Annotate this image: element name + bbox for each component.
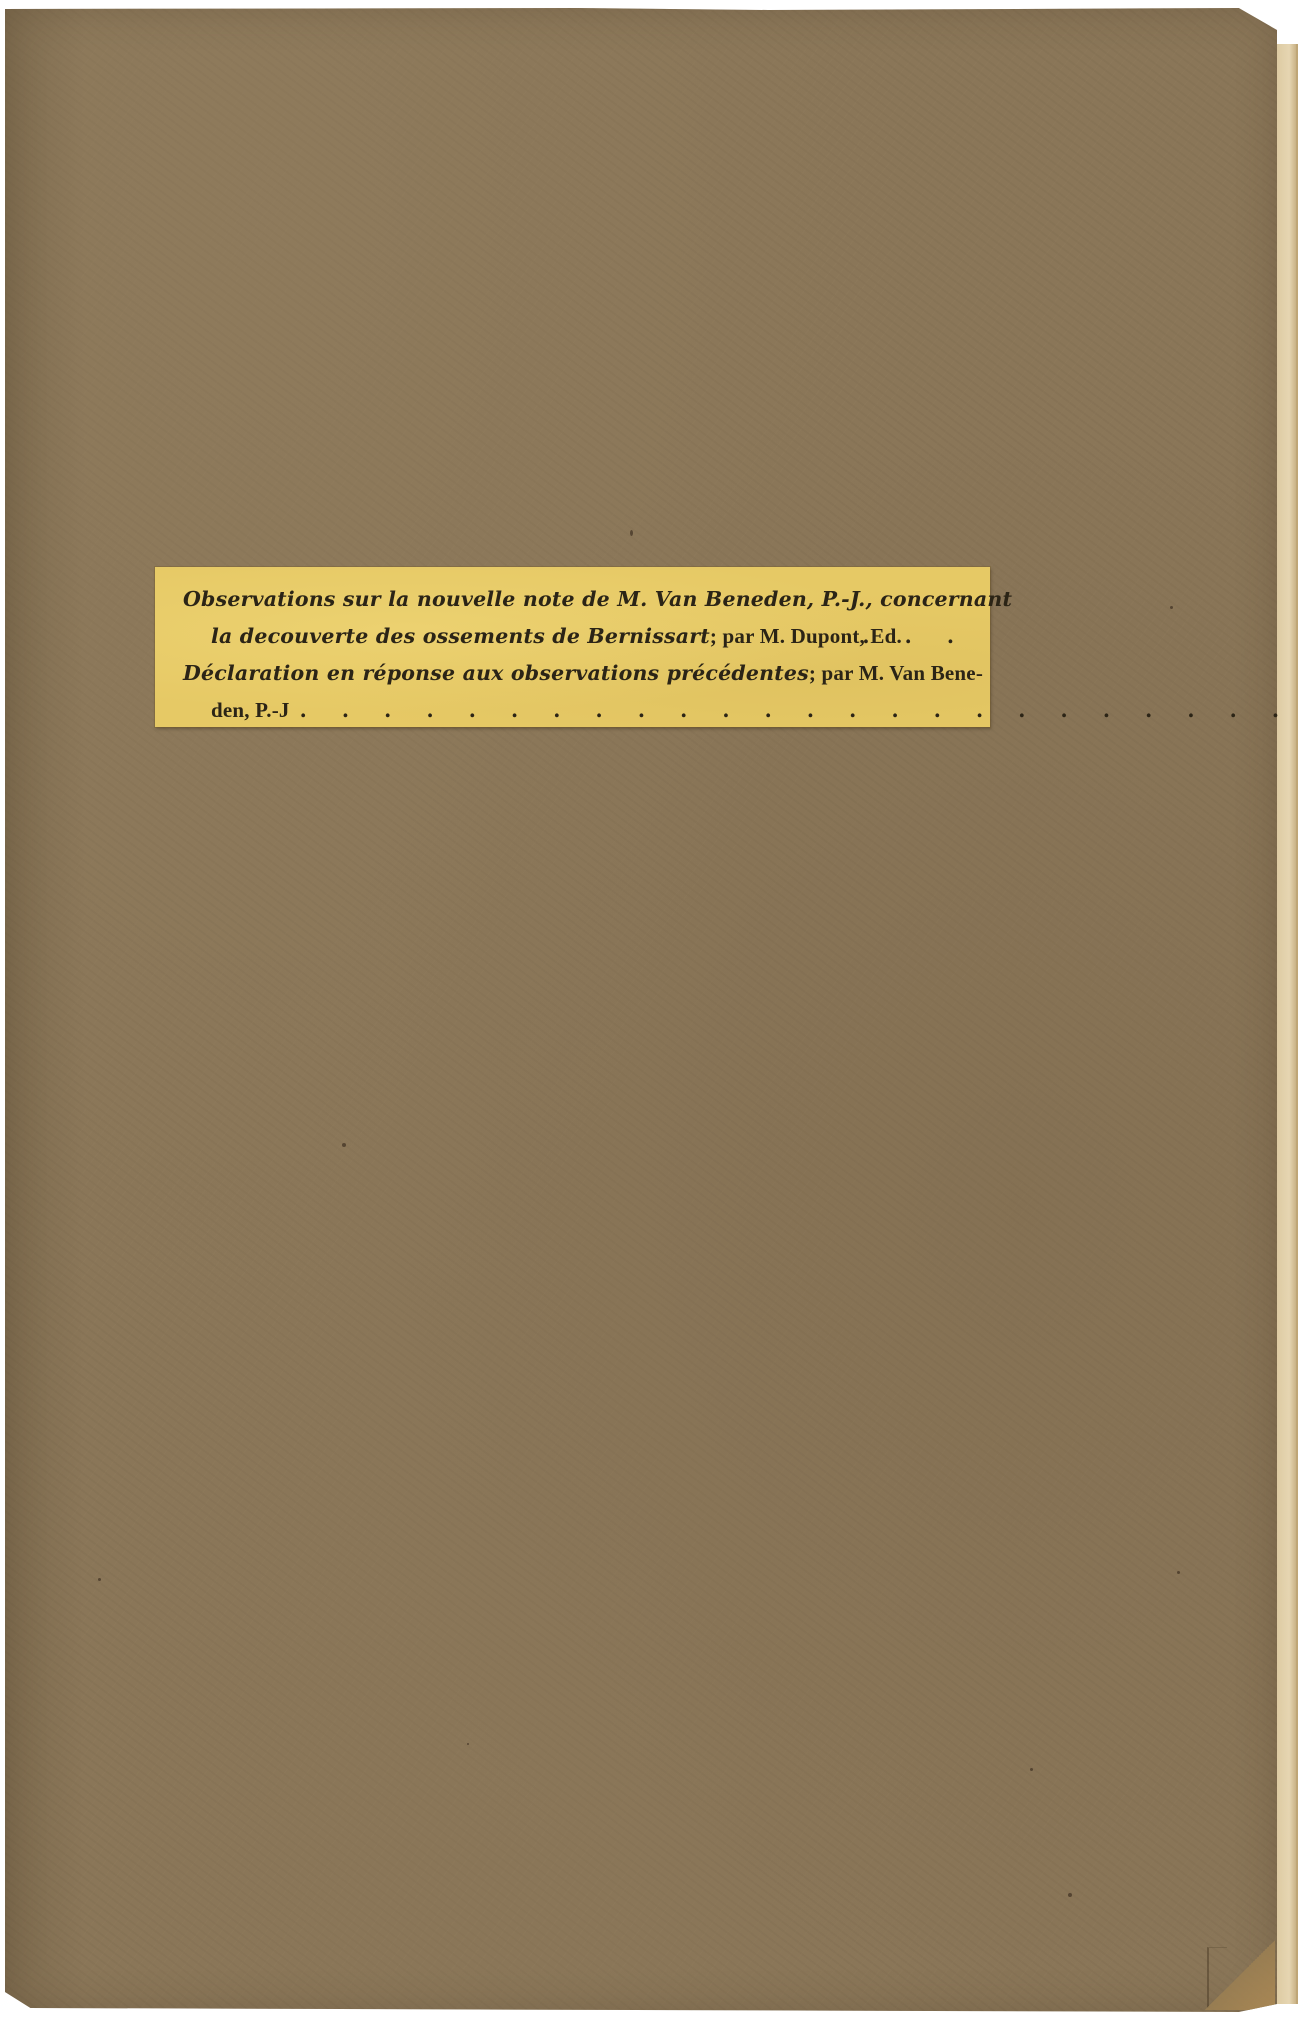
paper-speck [1030,1768,1033,1771]
paper-speck [1177,1571,1180,1574]
entry-2-author-cont: den, P.-J [211,698,290,722]
paper-speck [1170,606,1173,609]
paper-speck [467,1743,469,1745]
paper-speck [342,1143,346,1147]
entry-1-title: Observations sur la nouvelle note de M. … [183,587,1012,611]
contents-label: Observations sur la nouvelle note de M. … [155,567,990,727]
entry-2-title: Déclaration en réponse aux observations … [183,661,809,685]
entry-2-dot-leader: . . . . . . . . . . . . . . . . . . . . … [290,692,1293,729]
cover-edge-shading [5,8,85,2012]
entry-1-line-1: Observations sur la nouvelle note de M. … [183,581,968,618]
entry-1-title-cont: la decouverte des ossements de Bernissar… [211,624,710,648]
paper-speck [1068,1893,1072,1897]
paper-speck [98,1578,101,1581]
folded-corner [1205,1940,1275,2010]
entry-1-dot-leader: . . . [862,618,968,655]
entry-2-line-2: den, P.-J. . . . . . . . . . . . . . . .… [183,692,968,729]
entry-1-line-2: la decouverte des ossements de Bernissar… [183,618,968,655]
entry-2-author: ; par M. Van Bene- [809,661,983,685]
entry-2-line-1: Déclaration en réponse aux observations … [183,655,968,692]
pamphlet-cover [5,8,1277,2012]
paper-speck [630,530,633,536]
